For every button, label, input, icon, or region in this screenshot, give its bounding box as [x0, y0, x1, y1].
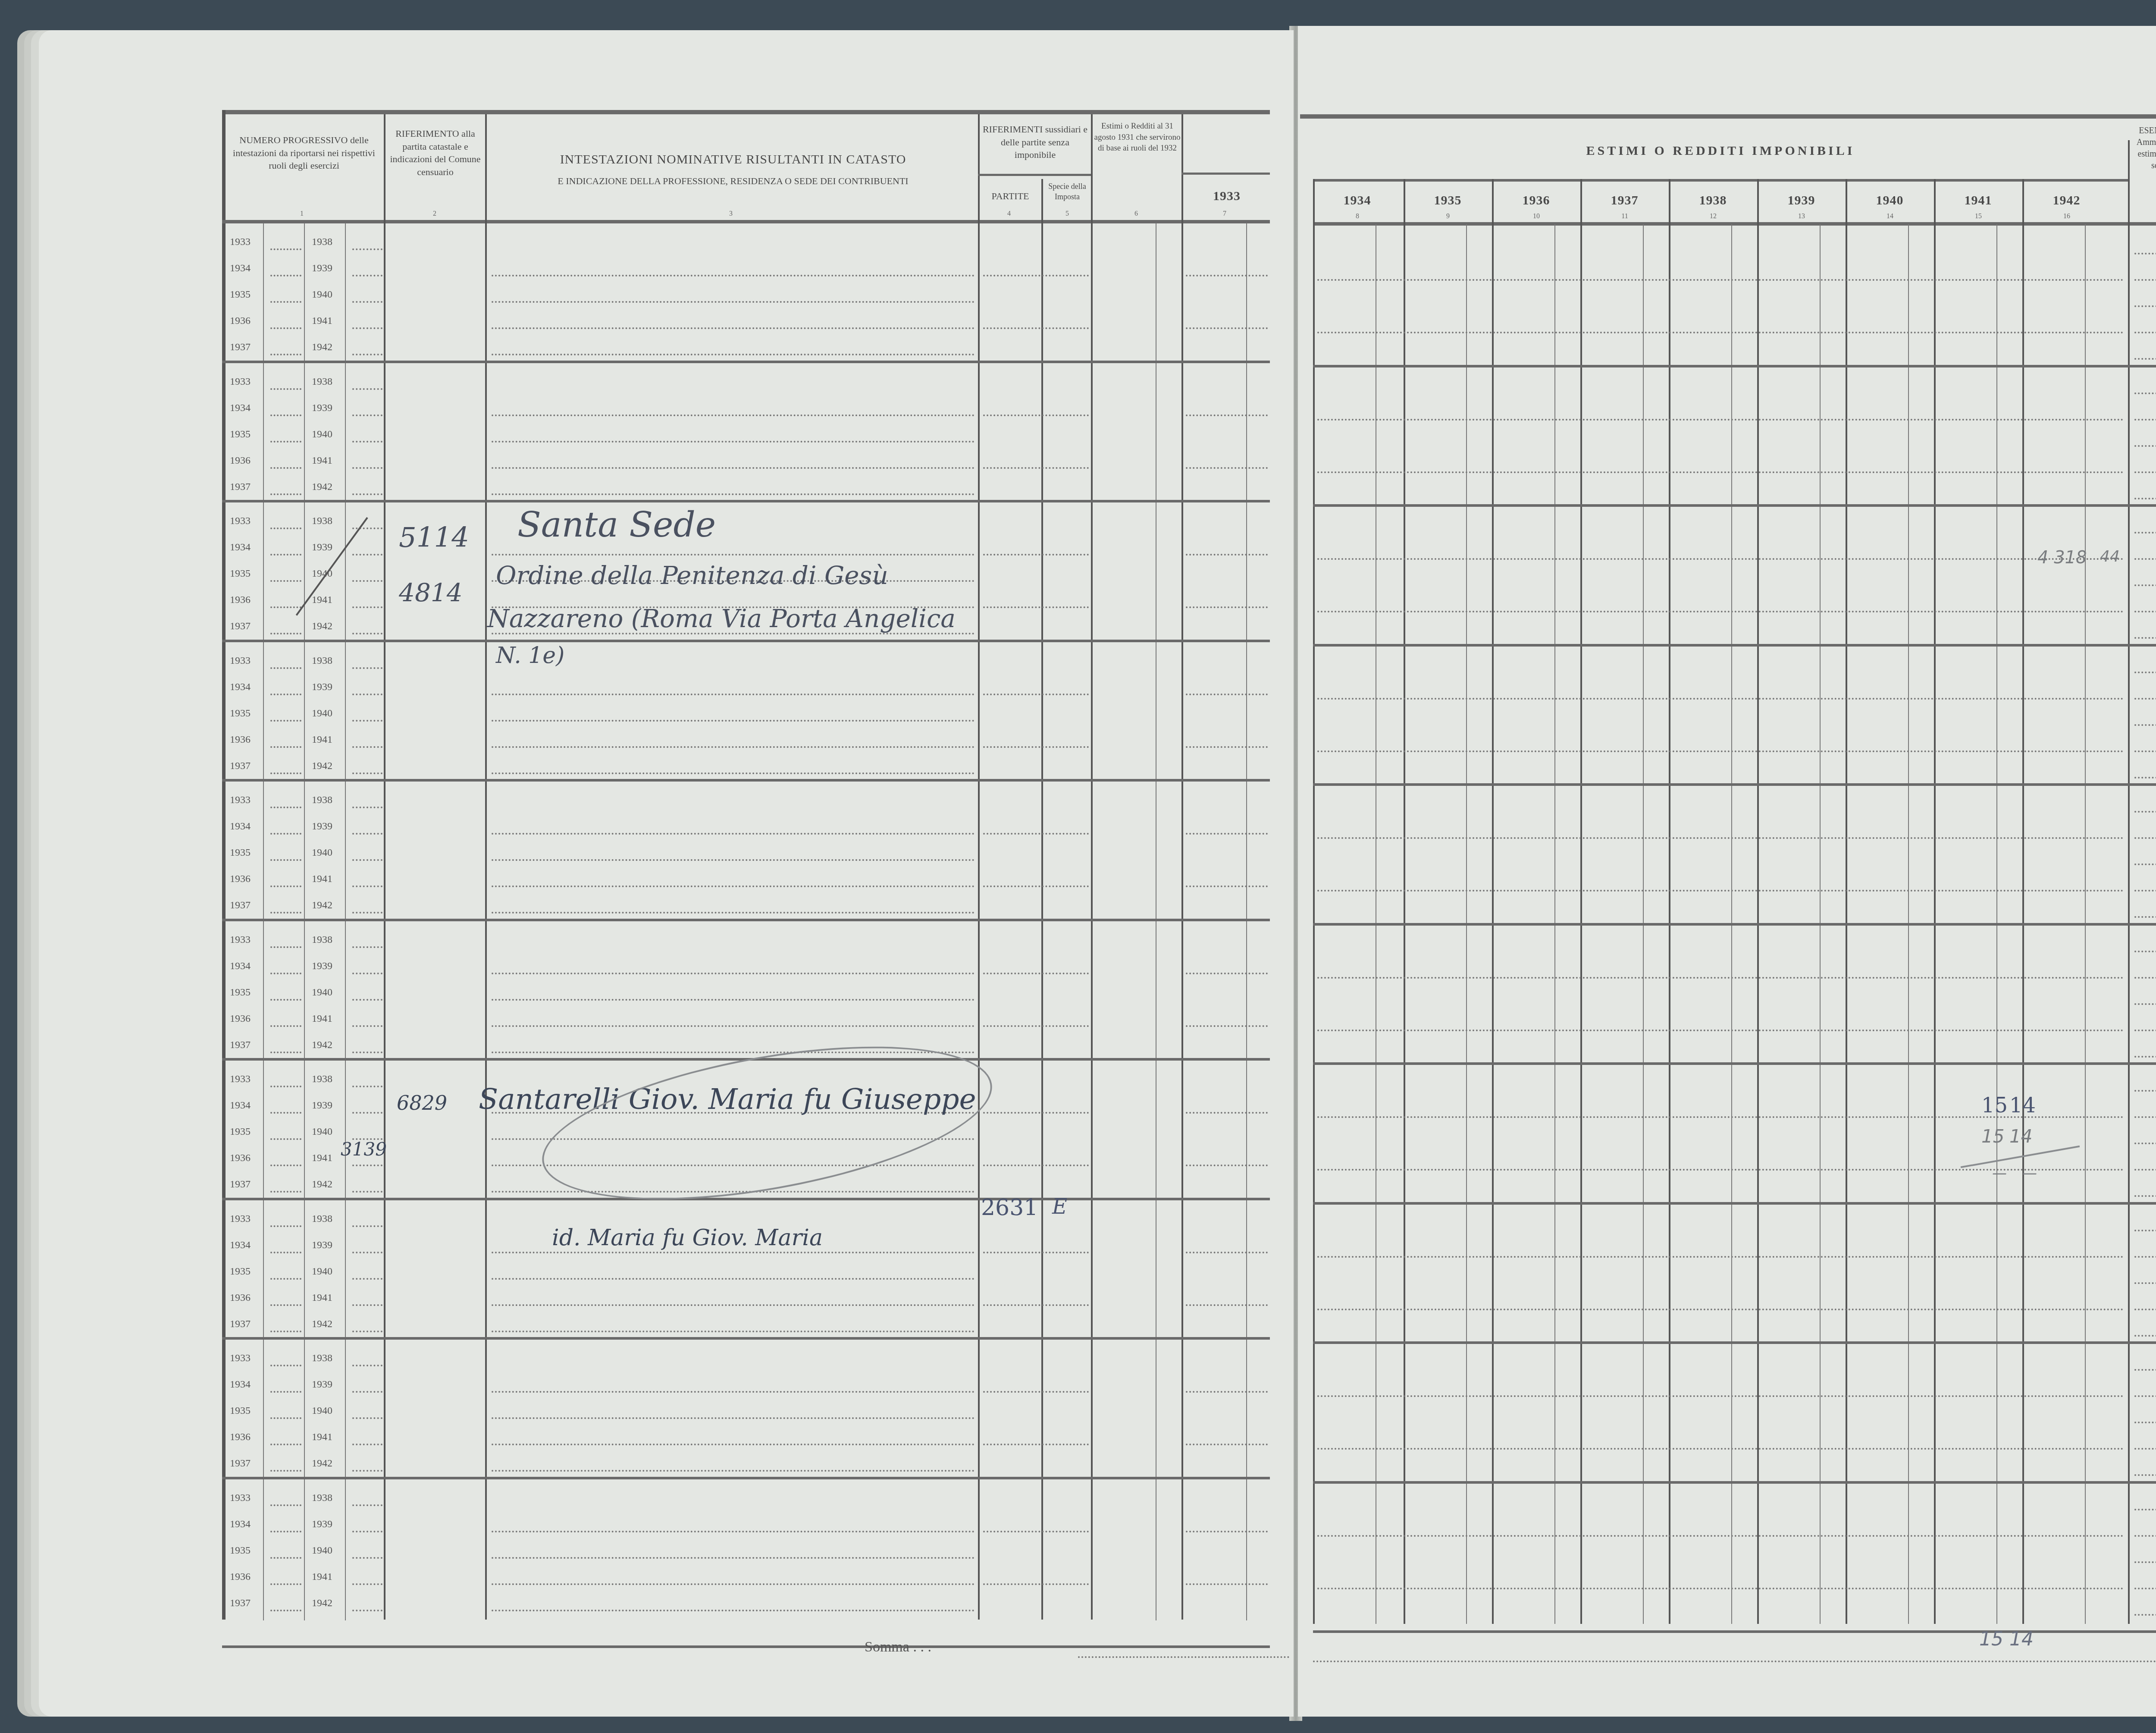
year-label: 1939 [312, 821, 332, 832]
year-label: 1935 [230, 1126, 251, 1138]
year-label: 1934 [230, 542, 251, 553]
year-label: 1940 [312, 429, 332, 440]
year-label: 1938 [312, 1074, 332, 1085]
estimo-1941-c-cents: — [2022, 1165, 2037, 1182]
year-label: 1941 [312, 1432, 332, 1443]
entry-santarelli-ref-top: 6829 [397, 1091, 447, 1115]
year-label: 1935 [230, 429, 251, 440]
header-year-1941: 1941 [1934, 192, 2022, 210]
year-label: 1934 [230, 1100, 251, 1111]
header-esenzioni: ESENZIONI — Ammontare degli estimi o red… [2130, 125, 2156, 172]
year-label: 1940 [312, 987, 332, 998]
year-label: 1933 [230, 794, 251, 806]
year-label: 1933 [230, 934, 251, 946]
year-label: 1940 [312, 708, 332, 719]
year-label: 1937 [230, 1319, 251, 1330]
year-label: 1942 [312, 481, 332, 493]
year-label: 1938 [312, 1492, 332, 1504]
entry-maria-line1: id. Maria fu Giov. Maria [552, 1225, 823, 1251]
year-label: 1942 [312, 1598, 332, 1609]
year-label: 1939 [312, 681, 332, 693]
year-label: 1933 [230, 376, 251, 388]
year-label: 1935 [230, 847, 251, 859]
header-year-1940: 1940 [1846, 192, 1934, 210]
year-label: 1938 [312, 1213, 332, 1225]
header-riferimenti-sussidiari: RIFERIMENTI sussidiari e delle partite s… [980, 123, 1090, 161]
year-label: 1937 [230, 1039, 251, 1051]
year-label: 1933 [230, 1074, 251, 1085]
header-specie-imposta: Specie della Imposta [1044, 181, 1091, 202]
year-label: 1936 [230, 1152, 251, 1164]
year-label: 1941 [312, 873, 332, 885]
year-label: 1935 [230, 1405, 251, 1417]
year-label: 1933 [230, 655, 251, 667]
entry-santa-sede-line1: Santa Sede [517, 505, 716, 545]
year-label: 1941 [312, 594, 332, 606]
year-label: 1938 [312, 376, 332, 388]
estimo-1941-c: — [1992, 1165, 2007, 1182]
entry-santa-sede-ref-bottom: 4814 [399, 578, 463, 607]
year-label: 1939 [312, 263, 332, 274]
year-label: 1938 [312, 794, 332, 806]
somma-1941-value: 15 14 [1979, 1628, 2034, 1650]
estimo-1941-b-cents: 14 [2009, 1126, 2032, 1147]
year-label: 1941 [312, 315, 332, 327]
year-label: 1935 [230, 568, 251, 580]
year-label: 1934 [230, 961, 251, 972]
year-label: 1938 [312, 236, 332, 248]
entry-santa-sede-ref-top: 5114 [399, 522, 469, 554]
right-form-table: ESTIMI O REDDITI IMPONIBILI ESENZIONI — … [1300, 114, 2156, 1624]
year-label: 1936 [230, 594, 251, 606]
year-label: 1937 [230, 1458, 251, 1469]
header-intestazioni: INTESTAZIONI NOMINATIVE RISULTANTI IN CA… [489, 151, 977, 169]
header-estimi-redditi: ESTIMI O REDDITI IMPONIBILI [1313, 142, 2128, 160]
year-label: 1938 [312, 1353, 332, 1364]
year-label: 1934 [230, 681, 251, 693]
estimo-1942-cents: 44 [2100, 548, 2120, 565]
header-year-1939: 1939 [1757, 192, 1846, 210]
header-intestazioni-sub: E INDICAZIONE DELLA PROFESSIONE, RESIDEN… [489, 175, 977, 188]
year-label: 1935 [230, 289, 251, 301]
year-label: 1933 [230, 236, 251, 248]
header-riferimento: RIFERIMENTO alla partita catastale e ind… [387, 127, 484, 179]
year-label: 1942 [312, 900, 332, 911]
year-label: 1940 [312, 1126, 332, 1138]
year-label: 1939 [312, 542, 332, 553]
year-label: 1938 [312, 515, 332, 527]
year-label: 1934 [230, 263, 251, 274]
year-label: 1933 [230, 1353, 251, 1364]
year-label: 1941 [312, 1013, 332, 1025]
year-label: 1934 [230, 821, 251, 832]
estimo-1941-b: 15 [1981, 1126, 2004, 1147]
header-year-1936: 1936 [1492, 192, 1580, 210]
header-year-1942: 1942 [2022, 192, 2111, 210]
header-year-1937: 1937 [1580, 192, 1669, 210]
year-label: 1939 [312, 1519, 332, 1530]
year-label: 1934 [230, 1379, 251, 1391]
left-form-table: NUMERO PROGRESSIVO delle intestazioni da… [222, 110, 1270, 1620]
entry-santa-sede-line2: Ordine della Penitenza di Gesù [496, 561, 888, 590]
year-label: 1942 [312, 621, 332, 632]
entry-santa-sede-line4: N. 1e) [496, 643, 564, 669]
year-label: 1934 [230, 402, 251, 414]
header-year-1935: 1935 [1404, 192, 1492, 210]
year-label: 1937 [230, 342, 251, 353]
year-label: 1937 [230, 900, 251, 911]
year-label: 1939 [312, 402, 332, 414]
year-label: 1941 [312, 1292, 332, 1304]
year-label: 1942 [312, 1319, 332, 1330]
year-label: 1937 [230, 481, 251, 493]
year-label: 1940 [312, 289, 332, 301]
year-label: 1936 [230, 1571, 251, 1583]
year-label: 1941 [312, 1152, 332, 1164]
year-label: 1942 [312, 1179, 332, 1190]
entry-santarelli-ref-bottom: 3139 [341, 1139, 387, 1160]
entry-santa-sede-line3: Nazzareno (Roma Via Porta Angelica [487, 604, 956, 633]
year-label: 1941 [312, 734, 332, 746]
year-label: 1936 [230, 873, 251, 885]
year-label: 1937 [230, 760, 251, 772]
year-label: 1936 [230, 1013, 251, 1025]
year-label: 1940 [312, 1405, 332, 1417]
year-label: 1933 [230, 1492, 251, 1504]
year-label: 1939 [312, 961, 332, 972]
year-label: 1935 [230, 987, 251, 998]
year-label: 1934 [230, 1240, 251, 1251]
estimo-1942-value: 4 318 [2037, 548, 2087, 568]
year-label: 1935 [230, 1545, 251, 1557]
header-year-1934: 1934 [1313, 192, 1401, 210]
year-label: 1937 [230, 1179, 251, 1190]
year-label: 1940 [312, 847, 332, 859]
year-label: 1935 [230, 1266, 251, 1278]
year-label: 1938 [312, 655, 332, 667]
header-1933: 1933 [1184, 188, 1270, 205]
year-label: 1942 [312, 1458, 332, 1469]
year-label: 1936 [230, 315, 251, 327]
somma-label: Somma . . . [865, 1639, 931, 1655]
header-estimi-1931: Estimi o Redditi al 31 agosto 1931 che s… [1093, 121, 1181, 154]
year-label: 1936 [230, 1292, 251, 1304]
header-partite: PARTITE [980, 190, 1040, 203]
year-label: 1939 [312, 1100, 332, 1111]
year-label: 1933 [230, 515, 251, 527]
year-label: 1940 [312, 1266, 332, 1278]
year-label: 1937 [230, 1598, 251, 1609]
year-label: 1935 [230, 708, 251, 719]
year-label: 1942 [312, 760, 332, 772]
year-label: 1940 [312, 1545, 332, 1557]
year-label: 1941 [312, 1571, 332, 1583]
year-label: 1933 [230, 1213, 251, 1225]
year-label: 1941 [312, 455, 332, 467]
year-label: 1942 [312, 342, 332, 353]
year-label: 1938 [312, 934, 332, 946]
year-label: 1937 [230, 621, 251, 632]
estimo-1941-a-cents: 14 [2009, 1093, 2036, 1118]
header-numero-progressivo: NUMERO PROGRESSIVO delle intestazioni da… [226, 134, 382, 172]
year-label: 1936 [230, 734, 251, 746]
entry-maria-specie: E [1052, 1195, 1067, 1219]
year-label: 1939 [312, 1379, 332, 1391]
year-label: 1934 [230, 1519, 251, 1530]
estimo-1941-a: 15 [1981, 1093, 2008, 1118]
year-label: 1936 [230, 1432, 251, 1443]
year-label: 1939 [312, 1240, 332, 1251]
year-label: 1936 [230, 455, 251, 467]
entry-maria-partite: 2631 [981, 1195, 1038, 1221]
header-year-1938: 1938 [1669, 192, 1757, 210]
year-label: 1942 [312, 1039, 332, 1051]
